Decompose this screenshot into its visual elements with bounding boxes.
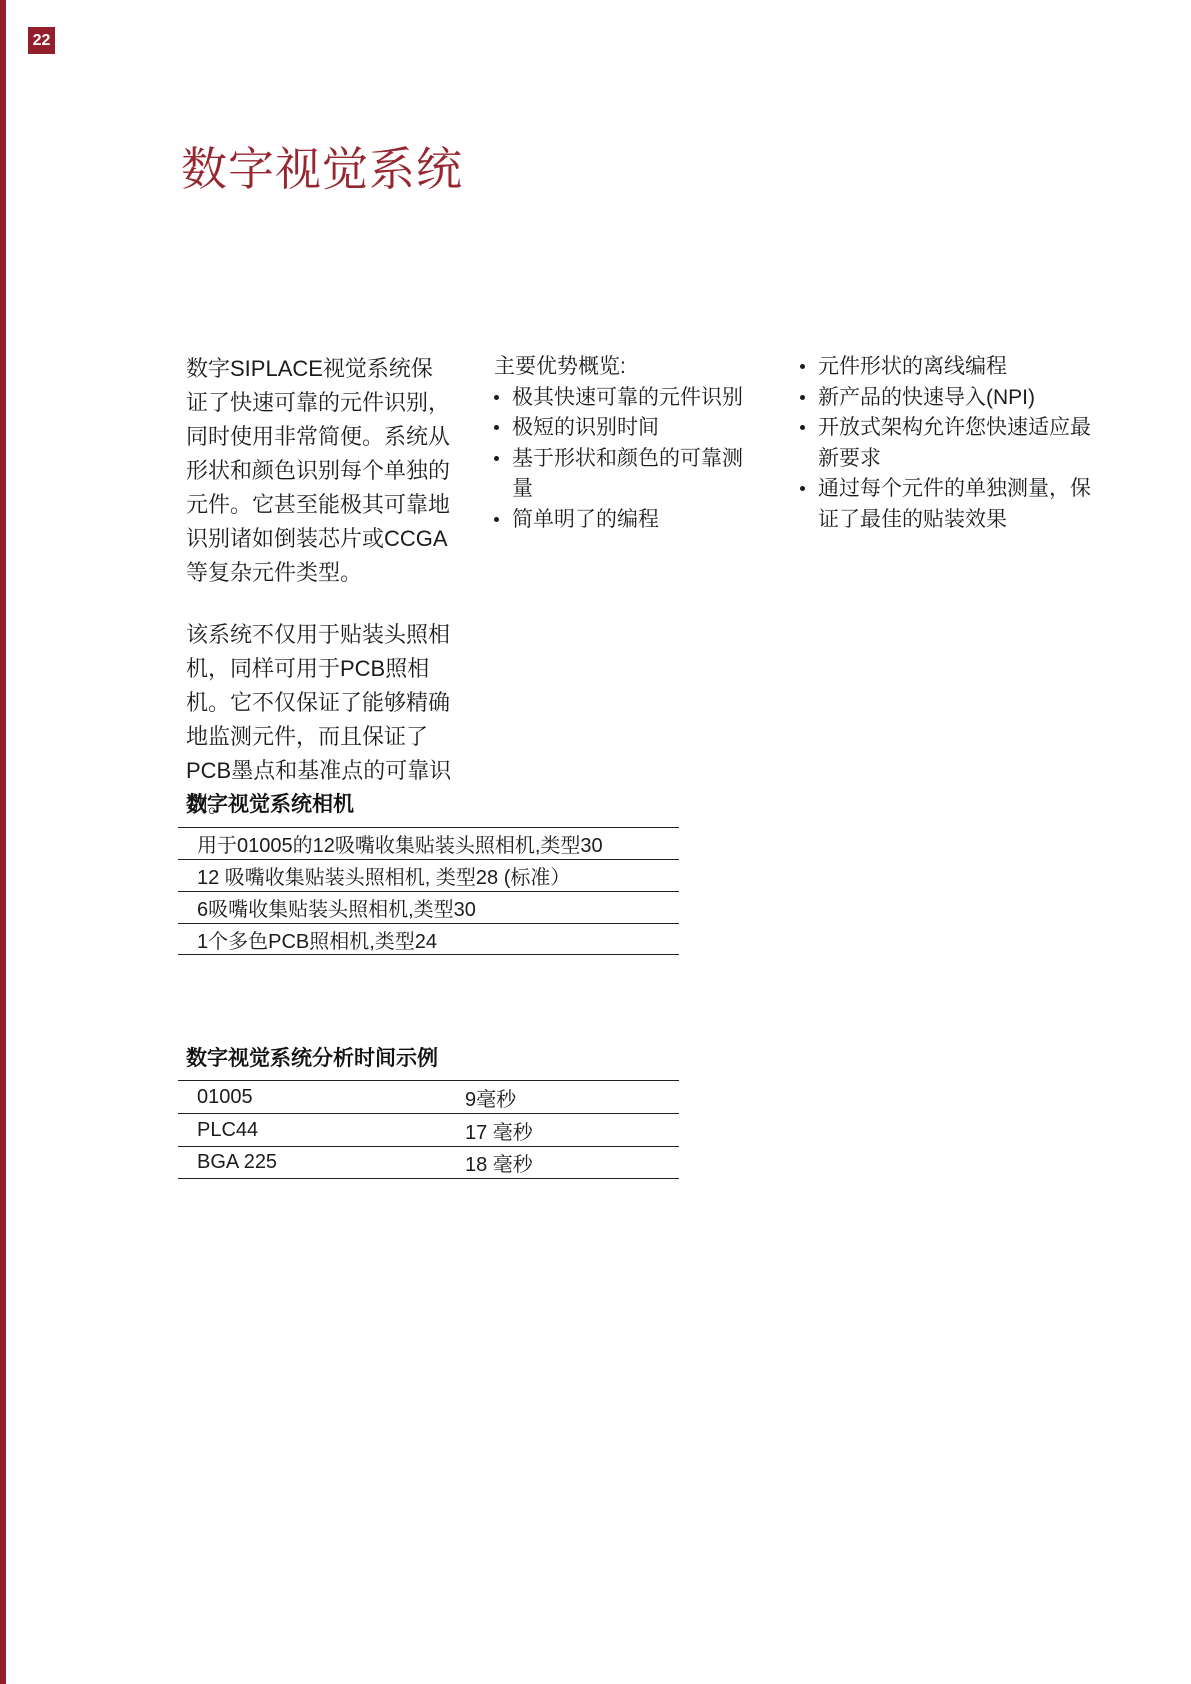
intro-paragraph-1: 数字SIPLACE视觉系统保证了快速可靠的元件识别，同时使用非常简便。系统从形状… <box>186 352 454 590</box>
table-row: 01005 9毫秒 <box>178 1080 679 1113</box>
component-cell: BGA 225 <box>197 1151 277 1174</box>
benefit-item: 极短的识别时间 <box>493 413 749 444</box>
bullet-icon <box>494 517 499 522</box>
bullet-icon <box>800 395 805 400</box>
page-title: 数字视觉系统 <box>181 133 463 199</box>
component-cell: 01005 <box>197 1086 253 1109</box>
benefit-text: 极其快速可靠的元件识别 <box>512 383 743 414</box>
bullet-icon <box>800 364 805 369</box>
benefit-item: 新产品的快速导入(NPI) <box>799 383 1095 414</box>
timing-table: 数字视觉系统分析时间示例 01005 9毫秒 PLC44 17 毫秒 BGA 2… <box>178 1042 679 1179</box>
page-number: 22 <box>33 32 51 50</box>
table-row: BGA 225 18 毫秒 <box>178 1146 679 1179</box>
table-row: 用于01005的12吸嘴收集贴装头照相机,类型30 <box>178 827 679 859</box>
bullet-icon <box>800 486 805 491</box>
camera-row-text: 1个多色PCB照相机,类型24 <box>197 925 437 954</box>
table-row: 6吸嘴收集贴装头照相机,类型30 <box>178 891 679 923</box>
time-cell: 18 毫秒 <box>465 1147 533 1178</box>
benefits-list-left: 极其快速可靠的元件识别 极短的识别时间 基于形状和颜色的可靠测量 简单明了的编程 <box>493 383 749 536</box>
benefit-text: 通过每个元件的单独测量，保证了最佳的贴装效果 <box>818 474 1095 535</box>
benefits-list-right: 元件形状的离线编程 新产品的快速导入(NPI) 开放式架构允许您快速适应最新要求… <box>799 352 1095 535</box>
benefit-item: 基于形状和颜色的可靠测量 <box>493 444 749 505</box>
benefit-item: 简单明了的编程 <box>493 505 749 536</box>
benefits-column-left: 主要优势概览: 极其快速可靠的元件识别 极短的识别时间 基于形状和颜色的可靠测量… <box>493 352 749 535</box>
benefits-heading: 主要优势概览: <box>494 352 749 383</box>
camera-table: 数字视觉系统相机 用于01005的12吸嘴收集贴装头照相机,类型30 12 吸嘴… <box>178 788 679 955</box>
table-row: PLC44 17 毫秒 <box>178 1113 679 1146</box>
camera-row-text: 12 吸嘴收集贴装头照相机, 类型28 (标准） <box>197 861 570 890</box>
component-cell: PLC44 <box>197 1119 258 1142</box>
benefit-text: 新产品的快速导入(NPI) <box>818 383 1035 414</box>
benefit-text: 元件形状的离线编程 <box>818 352 1007 383</box>
table-row: 1个多色PCB照相机,类型24 <box>178 923 679 955</box>
brochure-page: 22 数字视觉系统 数字SIPLACE视觉系统保证了快速可靠的元件识别，同时使用… <box>0 0 1191 1684</box>
table-row: 12 吸嘴收集贴装头照相机, 类型28 (标准） <box>178 859 679 891</box>
time-cell: 9毫秒 <box>465 1081 516 1113</box>
benefit-item: 元件形状的离线编程 <box>799 352 1095 383</box>
benefit-text: 开放式架构允许您快速适应最新要求 <box>818 413 1095 474</box>
benefits-column-right: 元件形状的离线编程 新产品的快速导入(NPI) 开放式架构允许您快速适应最新要求… <box>799 352 1095 535</box>
benefit-item: 开放式架构允许您快速适应最新要求 <box>799 413 1095 474</box>
camera-table-heading: 数字视觉系统相机 <box>178 788 679 827</box>
bullet-icon <box>800 425 805 430</box>
time-cell: 17 毫秒 <box>465 1114 533 1146</box>
bullet-icon <box>494 395 499 400</box>
benefit-text: 基于形状和颜色的可靠测量 <box>512 444 749 505</box>
bullet-icon <box>494 425 499 430</box>
intro-column: 数字SIPLACE视觉系统保证了快速可靠的元件识别，同时使用非常简便。系统从形状… <box>186 352 454 850</box>
benefit-item: 极其快速可靠的元件识别 <box>493 383 749 414</box>
timing-table-heading: 数字视觉系统分析时间示例 <box>178 1042 679 1080</box>
benefit-text: 简单明了的编程 <box>512 505 659 536</box>
page-number-badge: 22 <box>28 27 55 54</box>
page-edge-stripe <box>0 0 6 1684</box>
camera-row-text: 用于01005的12吸嘴收集贴装头照相机,类型30 <box>197 829 603 858</box>
bullet-icon <box>494 456 499 461</box>
camera-row-text: 6吸嘴收集贴装头照相机,类型30 <box>197 893 476 922</box>
benefit-item: 通过每个元件的单独测量，保证了最佳的贴装效果 <box>799 474 1095 535</box>
benefit-text: 极短的识别时间 <box>512 413 659 444</box>
